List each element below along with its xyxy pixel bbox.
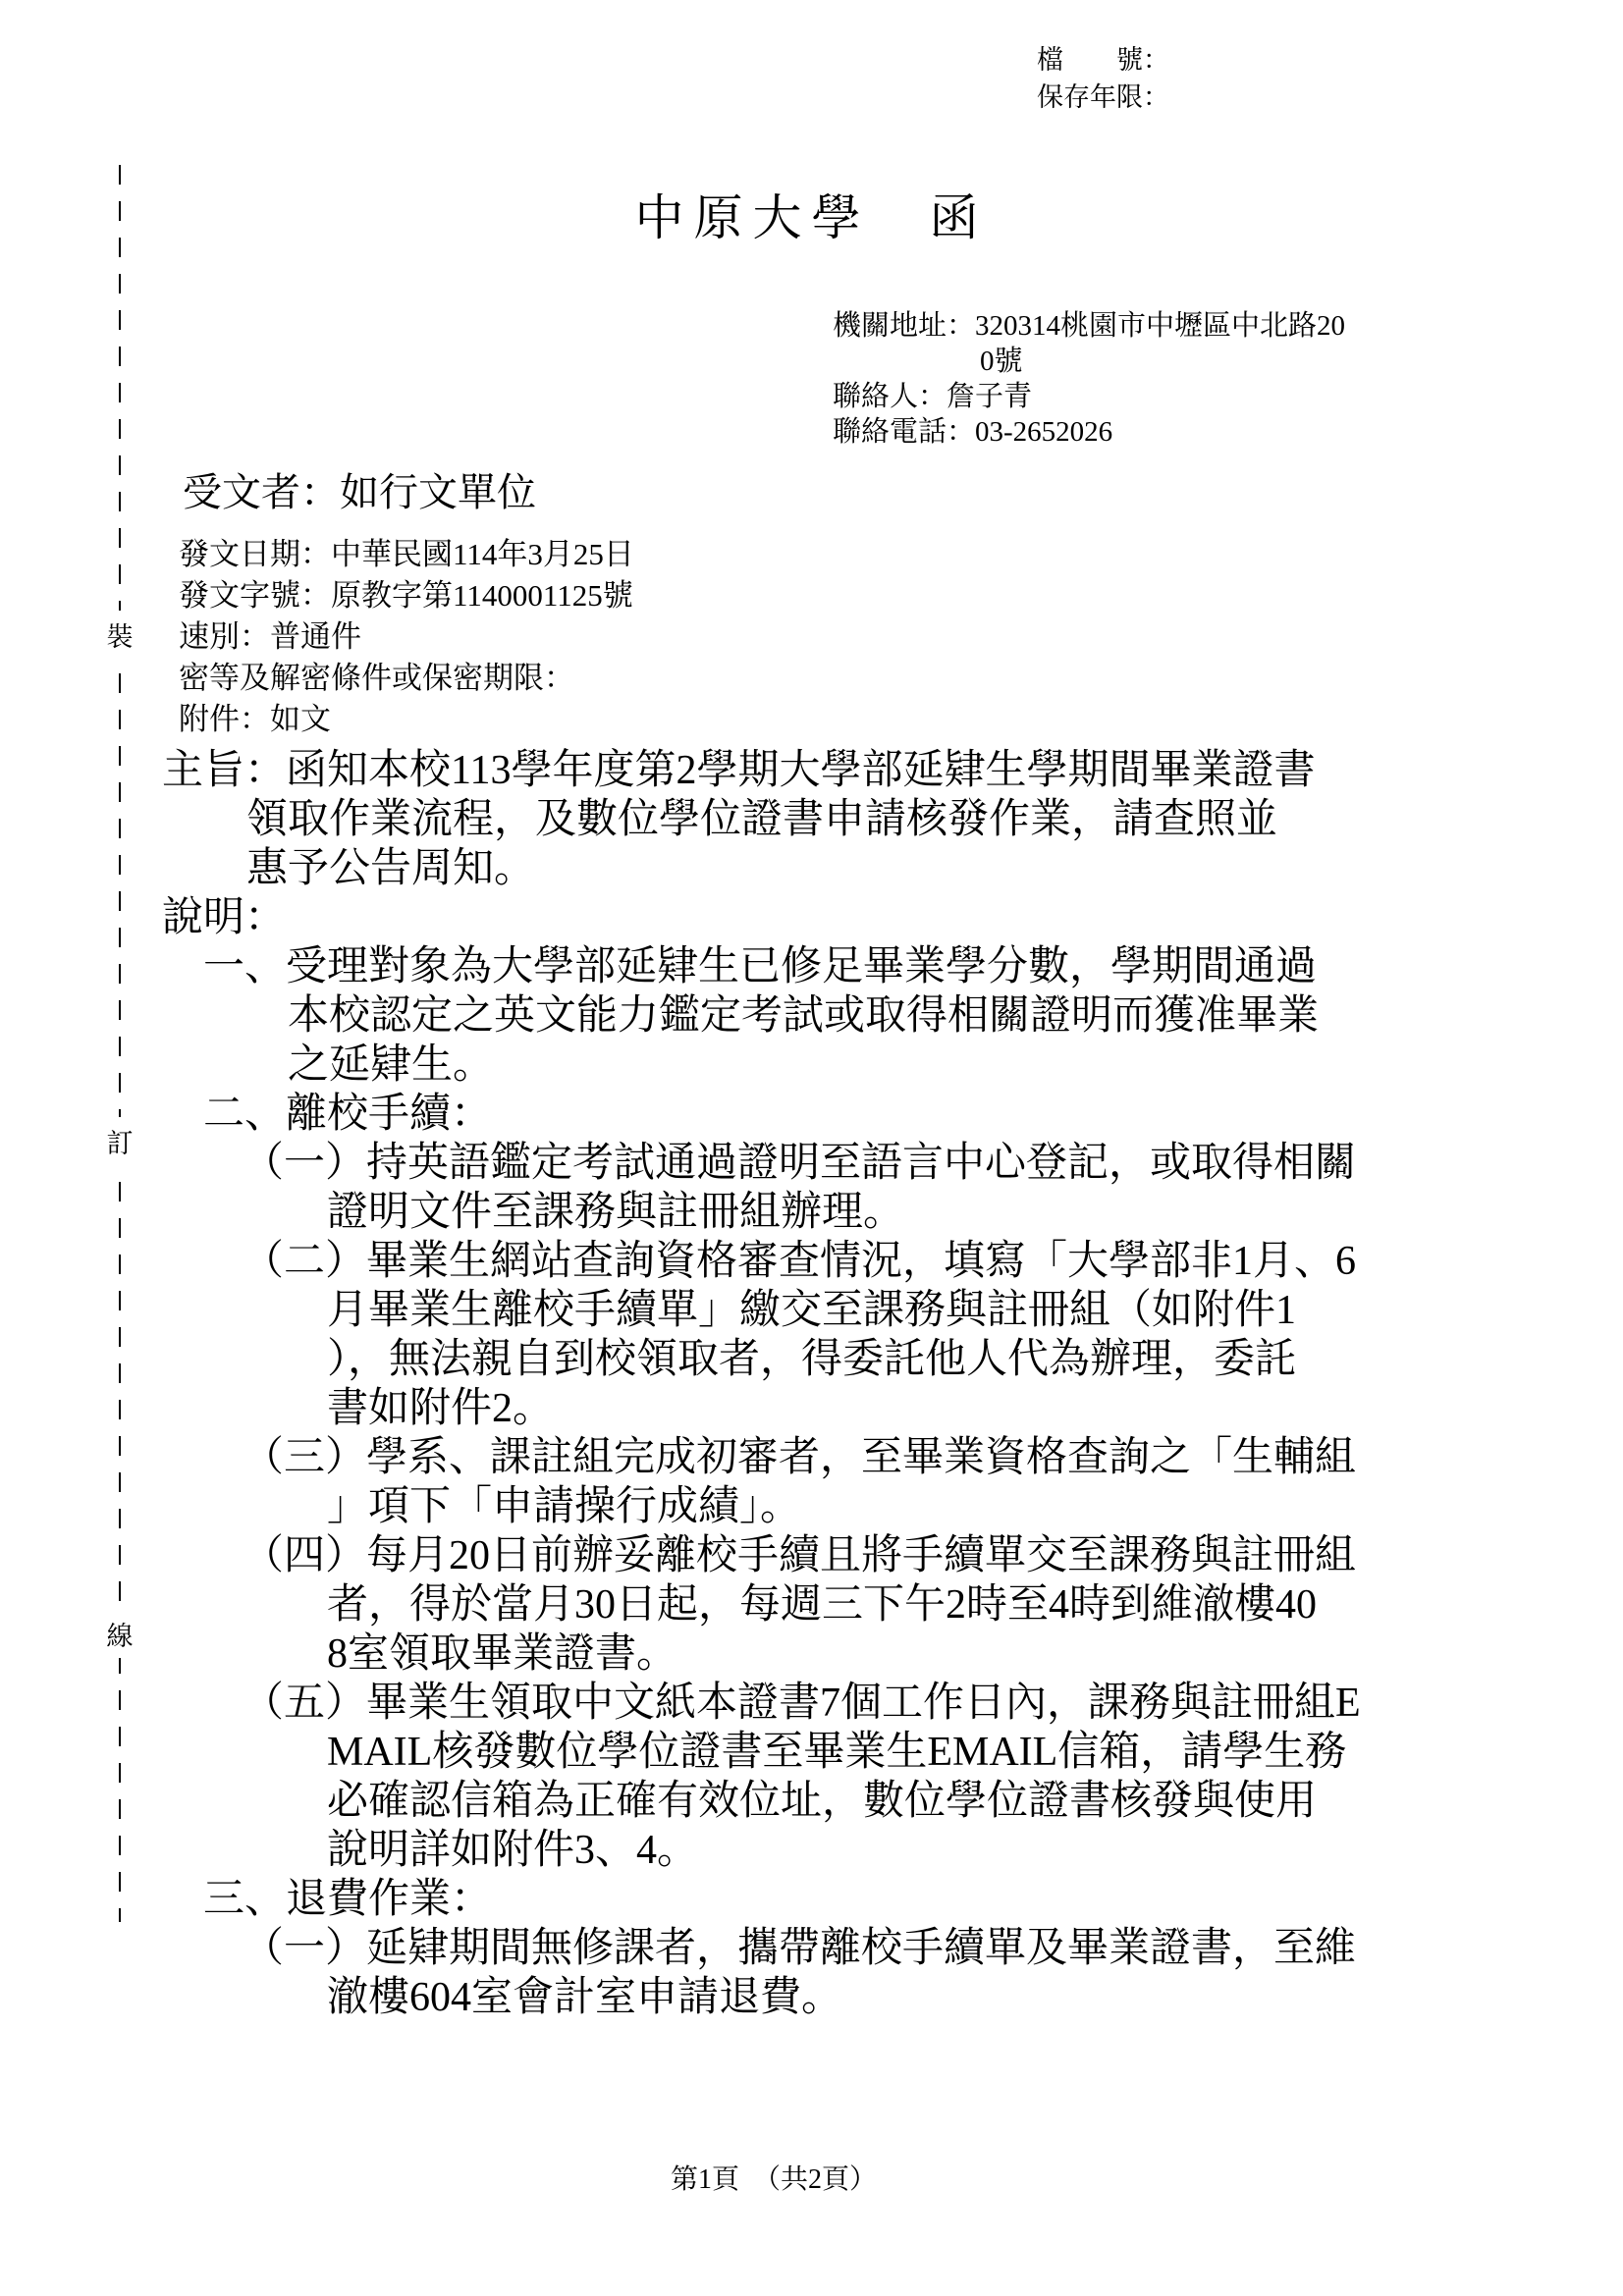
sender-contact-line: 機關地址：320314桃園市中壢區中北路20 [833,308,1345,344]
body-line: 書如附件2。 [327,1384,1623,1433]
binding-mark: 訂 [106,1117,135,1165]
body-line: ），無法親自到校領取者，得委託他人代為辦理，委託 [327,1335,1623,1384]
body-line: 月畢業生離校手續單」繳交至課務與註冊組（如附件1 [327,1286,1623,1335]
body-line: 本校認定之英文能力鑑定考試或取得相關證明而獲准畢業 [288,991,1623,1041]
body-line: 8室領取畢業證書。 [327,1629,1623,1679]
document-meta-block: 發文日期：中華民國114年3月25日發文字號：原教字第1140001125號速別… [179,534,634,740]
body-line: （四）每月20日前辦妥離校手續且將手續單交至課務與註冊組 [243,1531,1623,1580]
binding-mark: 線 [106,1610,135,1658]
meta-line: 發文字號：原教字第1140001125號 [179,575,634,616]
body-line: 之延肄生。 [288,1041,1623,1090]
body-line: 者，得於當月30日起，每週三下午2時至4時到維澈樓40 [327,1580,1623,1629]
meta-line: 發文日期：中華民國114年3月25日 [179,534,634,575]
document-title: 中原大學 函 [0,179,1623,249]
body-line: 說明詳如附件3、4。 [327,1826,1623,1875]
body-line: 主旨：函知本校113學年度第2學期大學部延肄生學期間畢業證書 [162,746,1623,795]
document-page: { "header": { "file_number_label": "檔 號：… [0,0,1623,2296]
file-number-label: 檔 號： [1037,41,1169,79]
body-line: 二、離校手續： [203,1090,1623,1139]
body-line: （三）學系、課註組完成初審者，至畢業資格查詢之「生輔組 [243,1433,1623,1482]
body-line: MAIL核發數位學位證書至畢業生EMAIL信箱，請學生務 [327,1728,1623,1777]
document-body: 主旨：函知本校113學年度第2學期大學部延肄生學期間畢業證書領取作業流程，及數位… [0,746,1623,2022]
body-line: 領取作業流程，及數位學位證書申請核發作業，請查照並 [246,795,1623,844]
body-line: （一）持英語鑑定考試通過證明至語言中心登記，或取得相關 [243,1139,1623,1188]
body-line: 三、退費作業： [203,1875,1623,1924]
sender-contact-line: 聯絡電話：03-2652026 [833,414,1345,450]
sender-contact-line: 0號 [833,344,1345,379]
body-line: 惠予公告周知。 [246,844,1623,893]
retention-period-label: 保存年限： [1037,79,1169,116]
body-line: 」項下「申請操行成績」。 [327,1482,1623,1531]
body-line: 澈樓604室會計室申請退費。 [327,1973,1623,2022]
body-line: 一、受理對象為大學部延肄生已修足畢業學分數，學期間通過 [203,942,1623,991]
sender-contact-line: 聯絡人：詹子青 [833,379,1345,414]
meta-line: 附件：如文 [179,699,634,740]
body-line: 必確認信箱為正確有效位址，數位學位證書核發與使用 [327,1777,1623,1826]
binding-dashed-line [119,165,121,1922]
body-line: 說明： [162,893,1623,942]
page-indicator: 第1頁 （共2頁） [671,2158,877,2197]
meta-line: 速別：普通件 [179,616,634,658]
sender-contact-block: 機關地址：320314桃園市中壢區中北路200號聯絡人：詹子青聯絡電話：03-2… [833,308,1345,450]
file-labels: 檔 號： 保存年限： [1037,41,1169,116]
binding-mark: 裝 [106,611,135,659]
meta-line: 密等及解密條件或保密期限： [179,658,634,699]
body-line: （一）延肄期間無修課者，攜帶離校手續單及畢業證書，至維 [243,1924,1623,1973]
body-line: 證明文件至課務與註冊組辦理。 [327,1188,1623,1237]
recipient-line: 受文者：如行文單位 [183,461,536,517]
body-line: （五）畢業生領取中文紙本證書7個工作日內，課務與註冊組E [243,1679,1623,1728]
body-line: （二）畢業生網站查詢資格審查情況，填寫「大學部非1月、6 [243,1237,1623,1286]
